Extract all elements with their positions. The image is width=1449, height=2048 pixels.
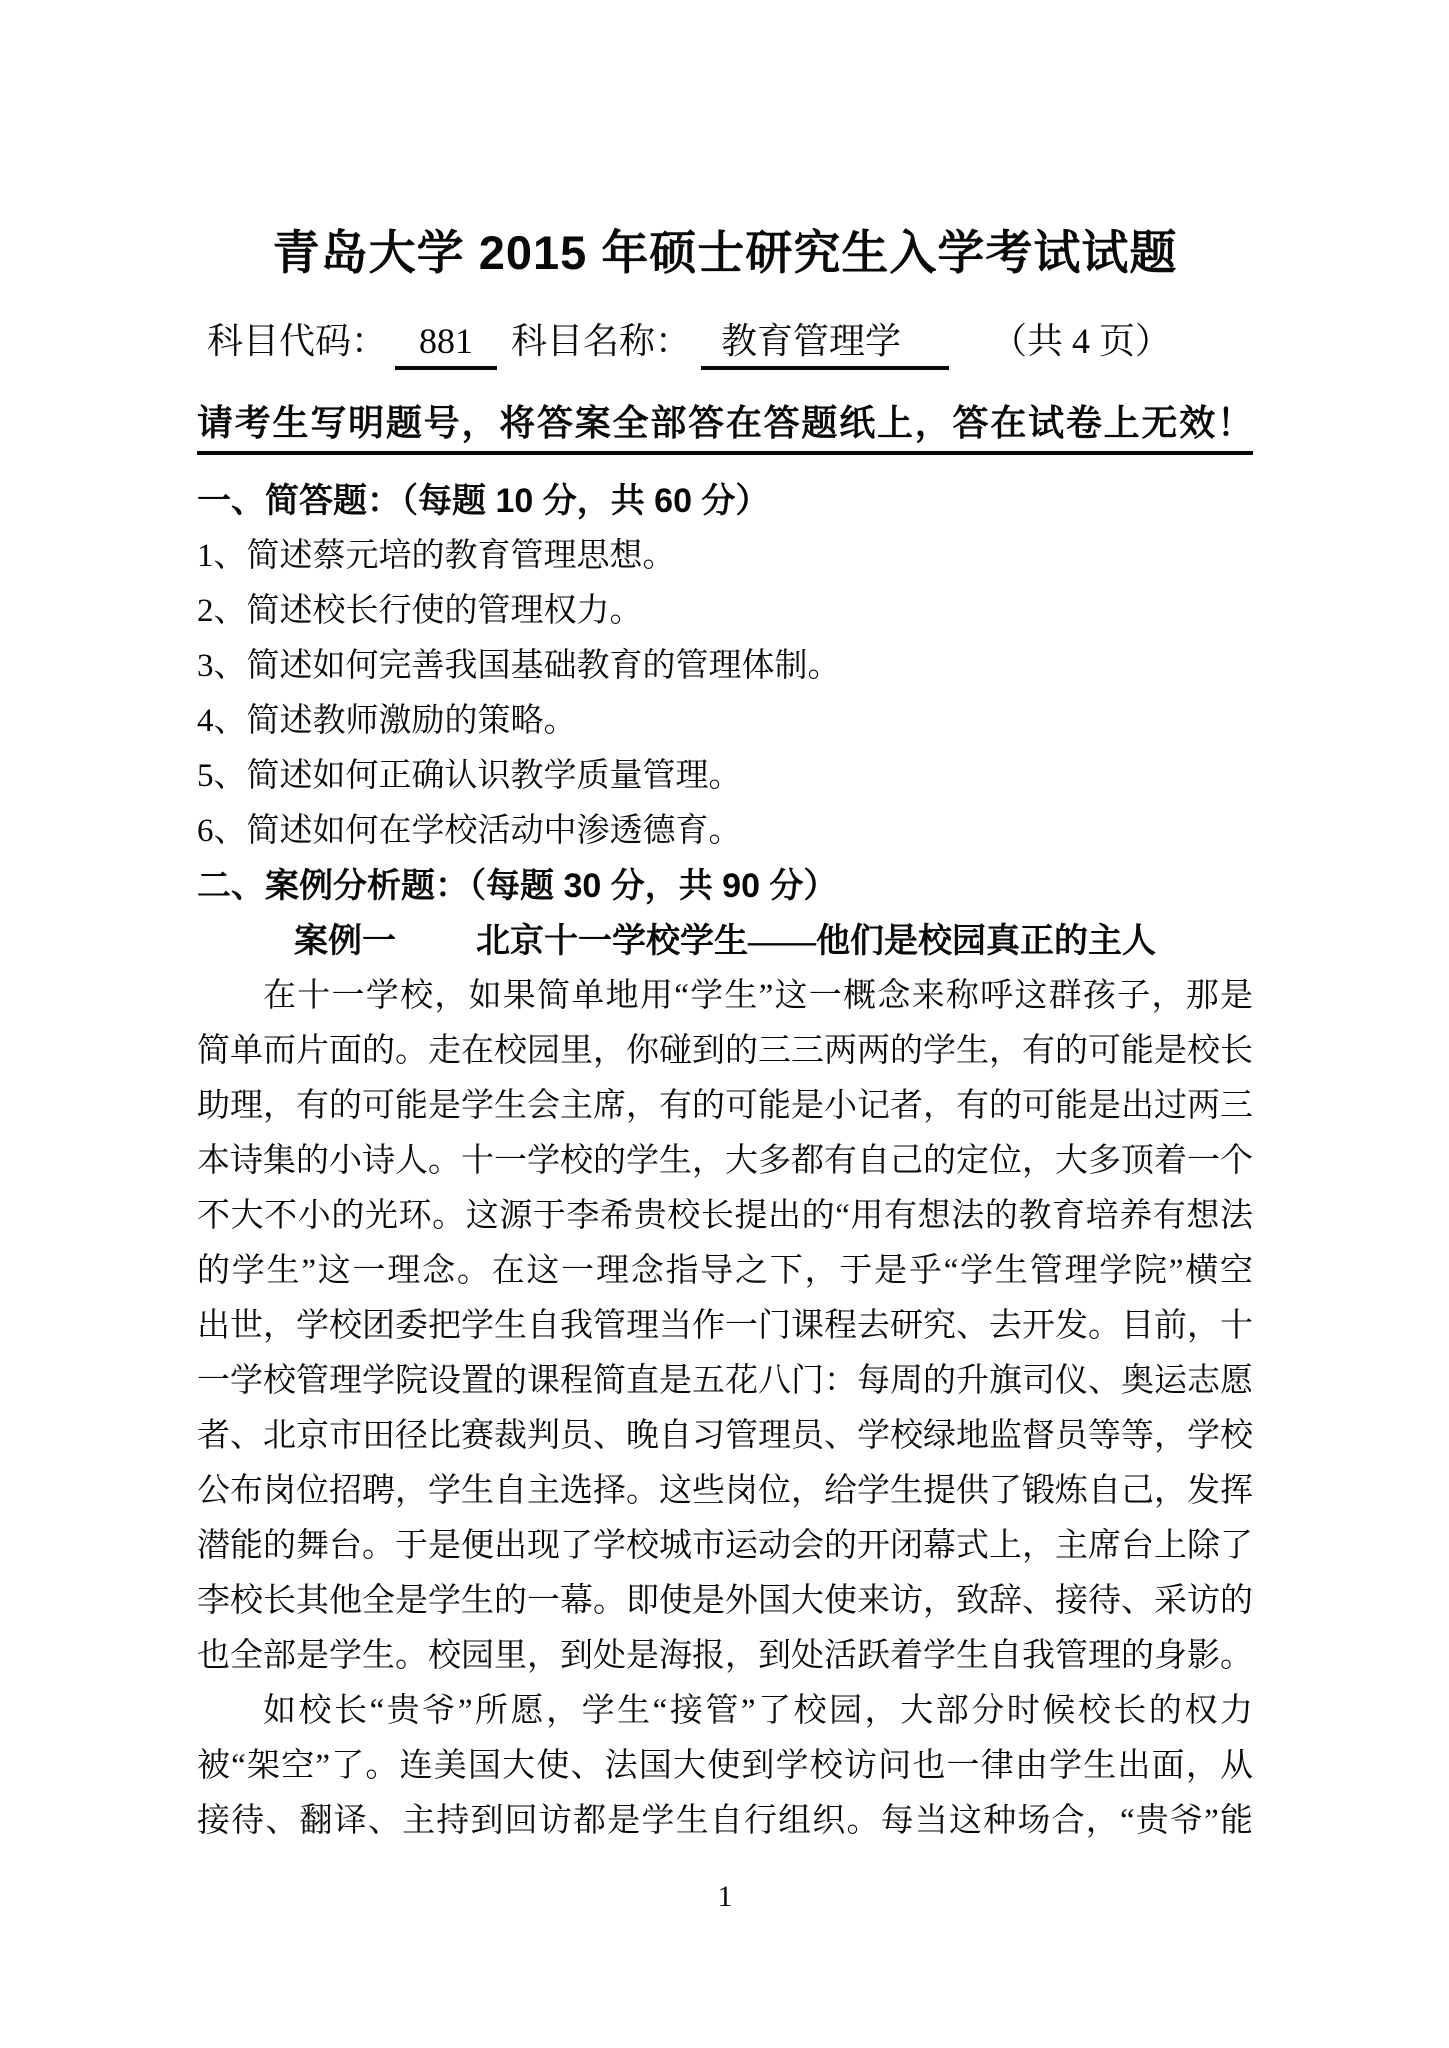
paragraph-line: 在十一学校，如果简单地用“学生”这一概念来称呼这群孩子，那是 (197, 969, 1253, 1024)
case-1-name: 北京十一学校学生——他们是校园真正的主人 (476, 914, 1156, 969)
paragraph-line: 李校长其他全是学生的一幕。即使是外国大使来访，致辞、接待、采访的 (197, 1574, 1253, 1629)
paragraph-line: 助理，有的可能是学生会主席，有的可能是小记者，有的可能是出过两三 (197, 1079, 1253, 1134)
paragraph-line: 的学生”这一理念。在这一理念指导之下，于是乎“学生管理学院”横空 (197, 1244, 1253, 1299)
total-pages-note: （共 4 页） (991, 321, 1171, 361)
page-number: 1 (197, 1877, 1253, 1917)
exam-paper-page: 青岛大学 2015 年硕士研究生入学考试试题 科目代码：881科目名称：教育管理… (0, 0, 1449, 2048)
paragraph-line: 如校长“贵爷”所愿，学生“接管”了校园，大部分时候校长的权力 (197, 1684, 1253, 1739)
question-item: 4、简述教师激励的策略。 (197, 694, 1253, 749)
question-item: 5、简述如何正确认识教学质量管理。 (197, 749, 1253, 804)
paragraph-line: 公布岗位招聘，学生自主选择。这些岗位，给学生提供了锻炼自己，发挥 (197, 1464, 1253, 1519)
subject-name-value: 教育管理学 (701, 316, 949, 370)
subject-name-label: 科目名称： (511, 321, 691, 361)
question-item: 1、简述蔡元培的教育管理思想。 (197, 529, 1253, 584)
paragraph-line: 不大不小的光环。这源于李希贵校长提出的“用有想法的教育培养有想法 (197, 1189, 1253, 1244)
case-1-title: 案例一 北京十一学校学生——他们是校园真正的主人 (197, 914, 1253, 969)
case-1-label: 案例一 (294, 914, 396, 969)
answer-sheet-notice: 请考生写明题号，将答案全部答在答题纸上，答在试卷上无效！ (197, 400, 1253, 455)
question-item: 6、简述如何在学校活动中渗透德育。 (197, 804, 1253, 859)
paragraph-line: 也全部是学生。校园里，到处是海报，到处活跃着学生自我管理的身影。 (197, 1629, 1253, 1684)
paragraph-line: 出世，学校团委把学生自我管理当作一门课程去研究、去开发。目前，十 (197, 1299, 1253, 1354)
section-2-heading: 二、案例分析题：（每题 30 分，共 90 分） (197, 859, 1253, 914)
case-1-paragraph-2: 如校长“贵爷”所愿，学生“接管”了校园，大部分时候校长的权力被“架空”了。连美国… (197, 1684, 1253, 1849)
subject-code-label: 科目代码： (207, 321, 387, 361)
short-answer-question-list: 1、简述蔡元培的教育管理思想。2、简述校长行使的管理权力。3、简述如何完善我国基… (197, 529, 1253, 859)
case-1-paragraph-1: 在十一学校，如果简单地用“学生”这一概念来称呼这群孩子，那是简单而片面的。走在校… (197, 969, 1253, 1684)
question-item: 3、简述如何完善我国基础教育的管理体制。 (197, 639, 1253, 694)
paragraph-line: 接待、翻译、主持到回访都是学生自行组织。每当这种场合，“贵爷”能 (197, 1794, 1253, 1849)
section-1-heading: 一、简答题：（每题 10 分，共 60 分） (197, 474, 1253, 529)
paragraph-line: 潜能的舞台。于是便出现了学校城市运动会的开闭幕式上，主席台上除了 (197, 1519, 1253, 1574)
page-title: 青岛大学 2015 年硕士研究生入学考试试题 (197, 222, 1253, 284)
subject-line: 科目代码：881科目名称：教育管理学（共 4 页） (197, 316, 1253, 370)
question-item: 2、简述校长行使的管理权力。 (197, 584, 1253, 639)
paragraph-line: 者、北京市田径比赛裁判员、晚自习管理员、学校绿地监督员等等，学校 (197, 1409, 1253, 1464)
paragraph-line: 本诗集的小诗人。十一学校的学生，大多都有自己的定位，大多顶着一个 (197, 1134, 1253, 1189)
subject-code-value: 881 (395, 316, 497, 370)
paragraph-line: 被“架空”了。连美国大使、法国大使到学校访问也一律由学生出面，从 (197, 1739, 1253, 1794)
paragraph-line: 简单而片面的。走在校园里，你碰到的三三两两的学生，有的可能是校长 (197, 1024, 1253, 1079)
paragraph-line: 一学校管理学院设置的课程简直是五花八门：每周的升旗司仪、奥运志愿 (197, 1354, 1253, 1409)
